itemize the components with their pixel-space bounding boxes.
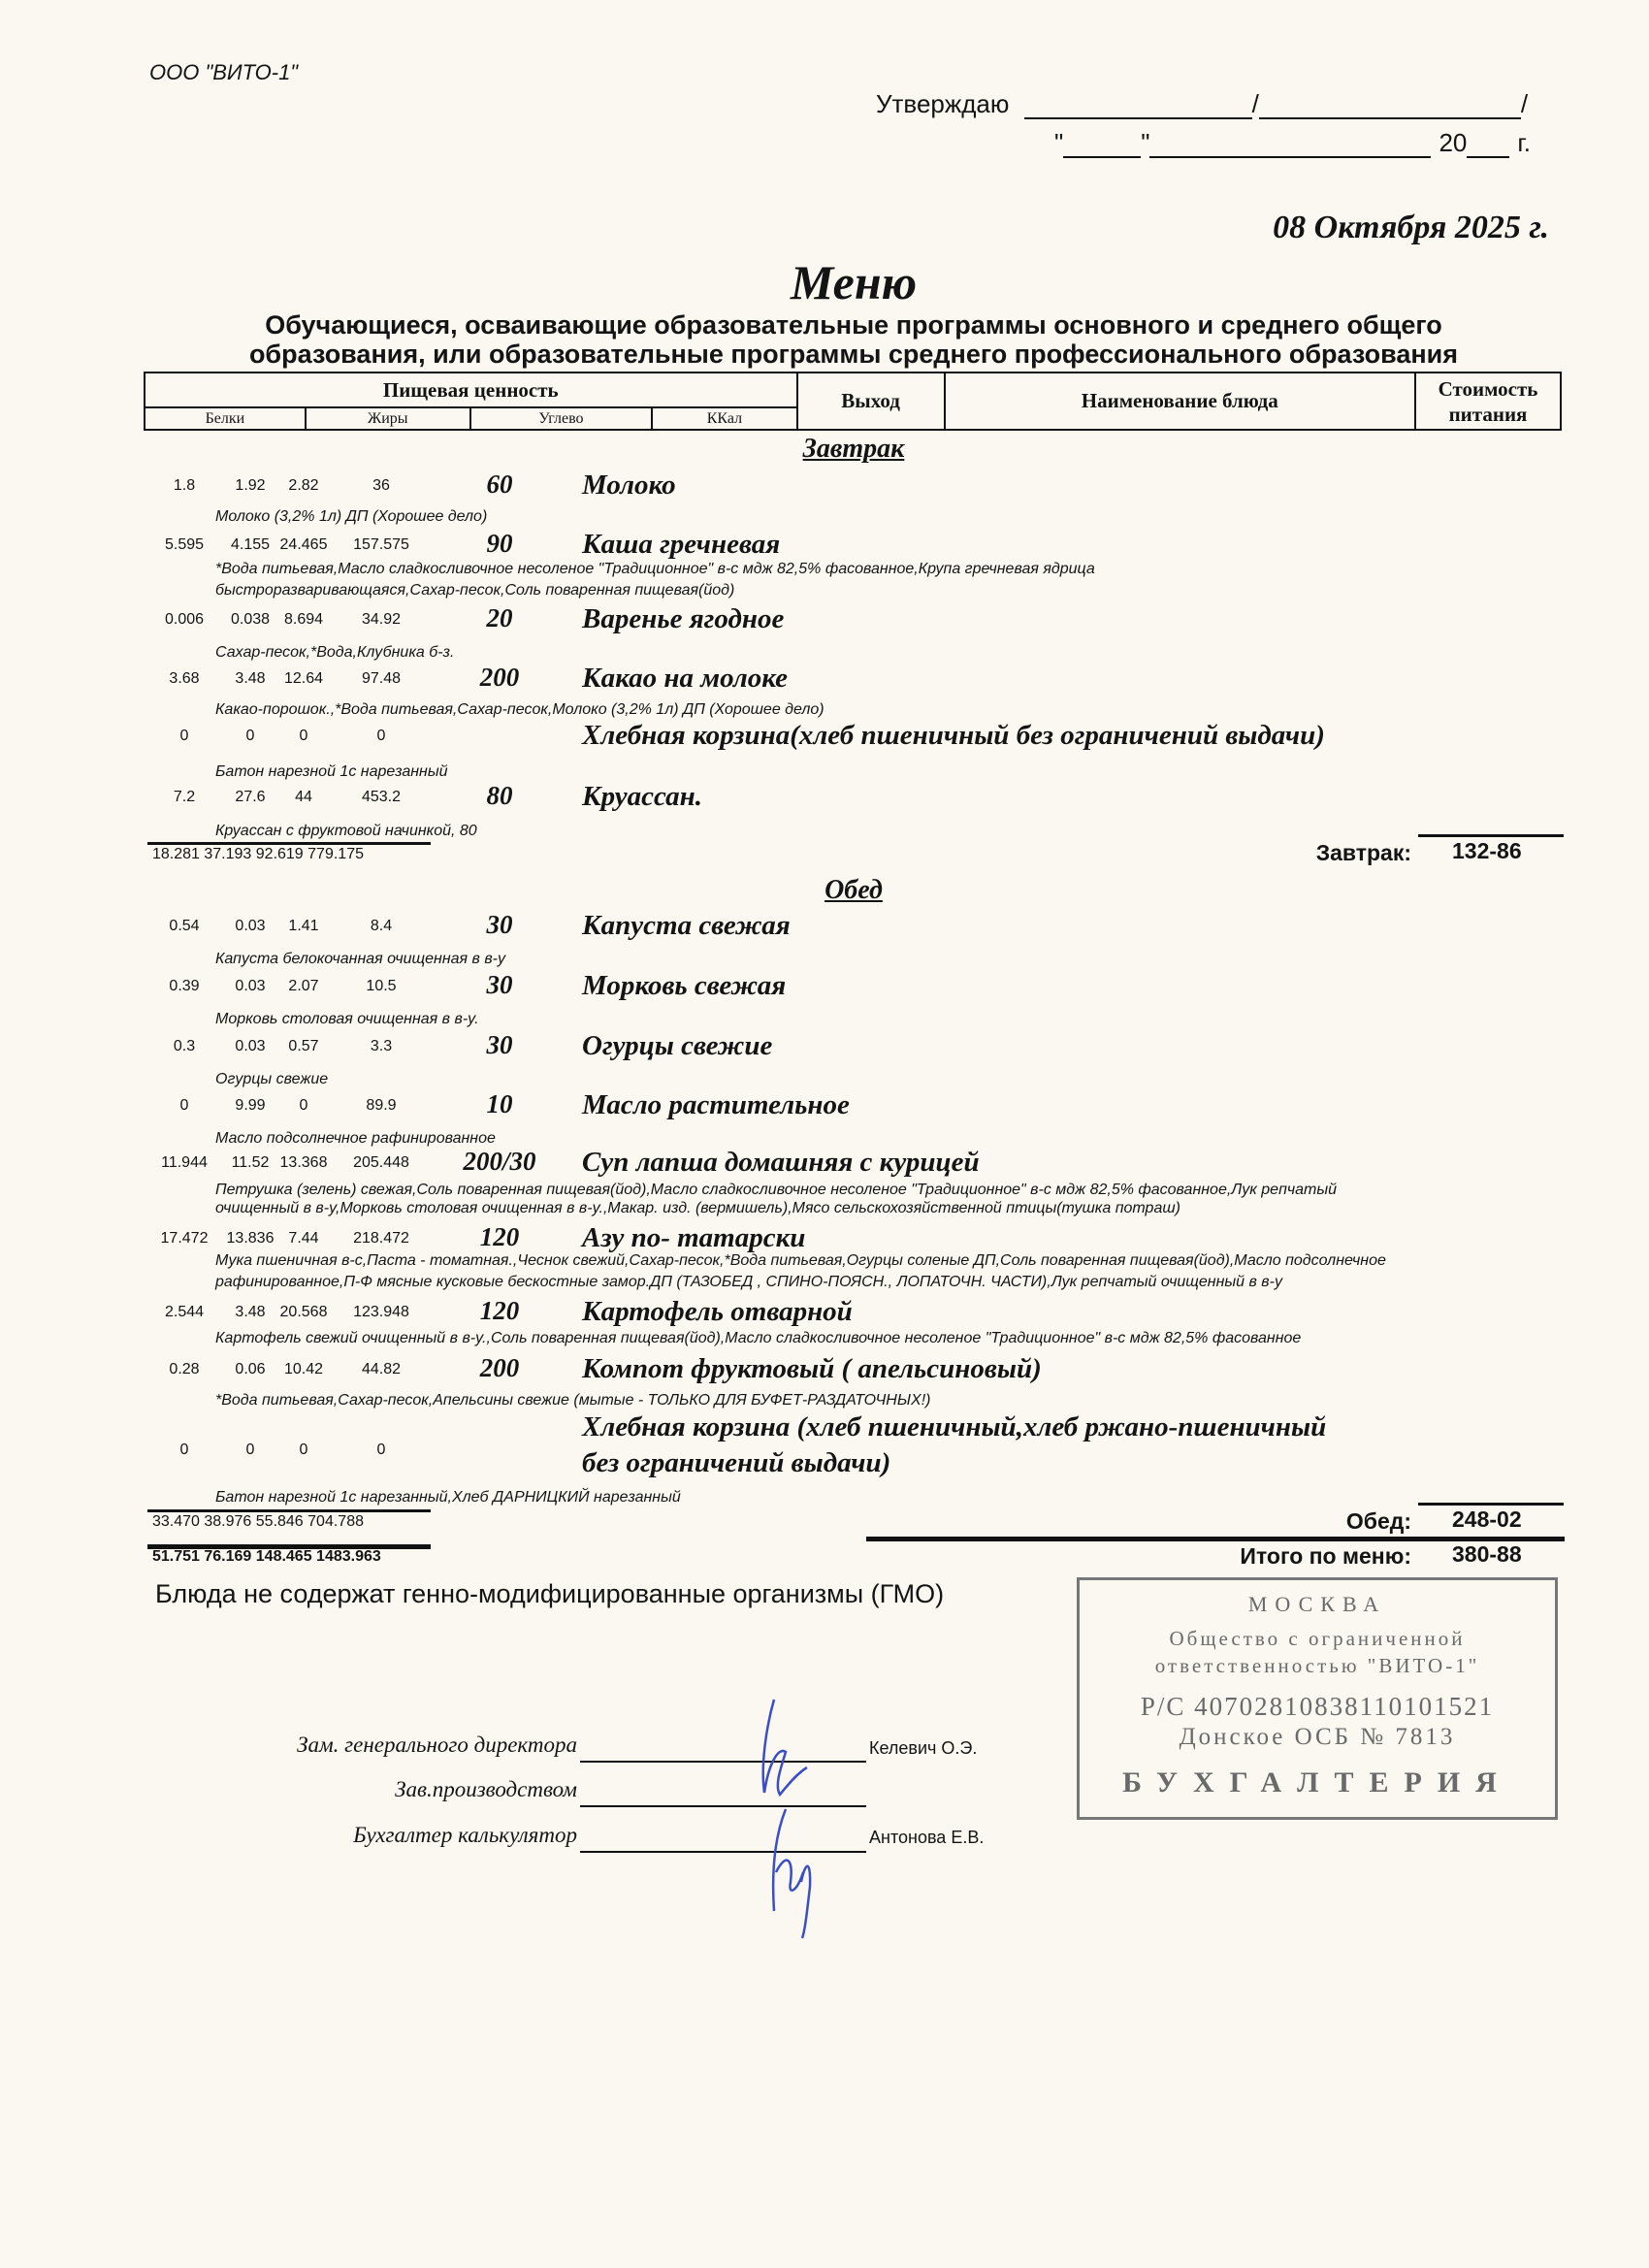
yield-value: 10	[446, 1089, 553, 1119]
ingredients: Капуста белокочанная очищенная в в-у	[215, 949, 505, 970]
grand-total-cost: 380-88	[1452, 1541, 1522, 1568]
kcal-value: 36	[342, 477, 420, 495]
breakfast-cost-label: Завтрак:	[1212, 840, 1411, 866]
cost-header: Стоимостьпитания	[1415, 373, 1561, 430]
year-prefix: 20	[1439, 128, 1467, 157]
lunch-totals: 33.470 38.976 55.846 704.788	[152, 1513, 364, 1531]
breakfast-cost-rule	[1418, 834, 1564, 837]
carbs-value: 7.44	[265, 1230, 342, 1247]
dish-name: Масло растительное	[582, 1089, 850, 1121]
stamp-department: БУХГАЛТЕРИЯ	[1080, 1766, 1555, 1799]
kcal-value: 123.948	[342, 1304, 420, 1321]
yield-value: 200	[446, 1353, 553, 1383]
subtitle-line-1: Обучающиеся, осваивающие образовательные…	[0, 310, 1649, 340]
signature-name-accountant: Антонова Е.В.	[869, 1828, 984, 1848]
dish-name: Морковь свежая	[582, 970, 786, 1002]
carbs-value: 8.694	[265, 611, 342, 629]
cost-header-line-1: Стоимость	[1439, 377, 1538, 401]
month-blank	[1149, 133, 1431, 158]
lunch-totals-rule	[147, 1509, 431, 1512]
ingredients: *Вода питьевая,Масло сладкосливочное нес…	[215, 559, 1095, 580]
breakfast-cost: 132-86	[1452, 838, 1522, 864]
quote-open: "	[1054, 128, 1063, 157]
carbs-value: 0.57	[265, 1038, 342, 1055]
stamp-city: МОСКВА	[1080, 1592, 1555, 1617]
gmo-note: Блюда не содержат генно-модифицированные…	[155, 1579, 944, 1609]
carbs-value: 0	[265, 1097, 342, 1115]
organization-name: ООО "ВИТО-1"	[149, 60, 298, 85]
approval-line: Утверждаю //	[876, 89, 1528, 119]
yield-value: 200	[446, 663, 553, 693]
ingredients: Батон нарезной 1с нарезанный,Хлеб ДАРНИЦ…	[215, 1487, 681, 1508]
breakfast-totals: 18.281 37.193 92.619 779.175	[152, 846, 364, 863]
dish-name: Молоко	[582, 470, 676, 502]
dish-name: Варенье ягодное	[582, 603, 784, 635]
stamp-account: Р/С 40702810838110101521	[1080, 1692, 1555, 1722]
dish-name: Картофель отварной	[582, 1296, 853, 1328]
menu-table-header: Пищевая ценность Выход Наименование блюд…	[144, 372, 1562, 431]
organization-stamp: МОСКВА Общество с ограниченной ответстве…	[1077, 1577, 1558, 1820]
dish-name: Хлебная корзина(хлеб пшеничный без огран…	[582, 720, 1325, 752]
dish-name-line-2: без ограничений выдачи)	[582, 1447, 890, 1479]
yield-value: 90	[446, 529, 553, 559]
ingredients: очищенный в в-у,Морковь столовая очищенн…	[215, 1198, 1180, 1219]
grand-totals: 51.751 76.169 148.465 1483.963	[152, 1548, 381, 1566]
yield-value: 60	[446, 470, 553, 500]
nutrition-header: Пищевая ценность	[145, 373, 797, 407]
yield-value: 80	[446, 781, 553, 811]
carbs-value: 2.82	[265, 477, 342, 495]
yield-value: 30	[446, 970, 553, 1000]
ingredients: Батон нарезной 1с нарезанный	[215, 761, 448, 783]
lunch-cost-label: Обед:	[1212, 1508, 1411, 1535]
subtitle-line-2: образования, или образовательные програм…	[0, 340, 1649, 370]
ingredients: Мука пшеничная в-с,Паста - томатная.,Чес…	[215, 1250, 1386, 1272]
ingredients: *Вода питьевая,Сахар-песок,Апельсины све…	[215, 1390, 930, 1411]
yield-value: 200/30	[446, 1147, 553, 1177]
section-title-breakfast: Завтрак	[0, 434, 1649, 465]
ingredients: Какао-порошок.,*Вода питьевая,Сахар-песо…	[215, 699, 824, 721]
approver-name-blank	[1259, 94, 1521, 119]
dish-name: Компот фруктовый ( апельсиновый)	[582, 1353, 1042, 1385]
signature-role-deputy-director: Зам. генерального директора	[170, 1733, 577, 1758]
year-blank	[1467, 133, 1509, 158]
ingredients: Картофель свежий очищенный в в-у.,Соль п…	[215, 1328, 1301, 1349]
handwritten-signature-icon	[718, 1688, 854, 1940]
kcal-value: 3.3	[342, 1038, 420, 1055]
carbs-value: 10.42	[265, 1361, 342, 1378]
yield-value: 30	[446, 910, 553, 940]
dish-name: Каша гречневая	[582, 529, 780, 561]
dish-name-header: Наименование блюда	[945, 373, 1415, 430]
kcal-header: ККал	[652, 407, 796, 430]
signature-name-deputy-director: Келевич О.Э.	[869, 1738, 977, 1759]
kcal-value: 8.4	[342, 918, 420, 935]
ingredients: Круассан с фруктовой начинкой, 80	[215, 821, 477, 842]
kcal-value: 0	[342, 728, 420, 745]
kcal-value: 453.2	[342, 789, 420, 806]
carbs-value: 0	[265, 1442, 342, 1459]
kcal-value: 0	[342, 1442, 420, 1459]
quote-close: "	[1141, 128, 1149, 157]
day-blank	[1063, 133, 1141, 158]
dish-name-line-1: Хлебная корзина (хлеб пшеничный,хлеб ржа…	[582, 1411, 1326, 1443]
kcal-value: 205.448	[342, 1154, 420, 1172]
kcal-value: 157.575	[342, 536, 420, 554]
grand-total-label: Итого по меню:	[1115, 1543, 1411, 1570]
carbs-value: 44	[265, 789, 342, 806]
carbs-value: 2.07	[265, 978, 342, 995]
yield-value: 20	[446, 603, 553, 633]
protein-header: Белки	[145, 407, 306, 430]
stamp-line-1: Общество с ограниченной	[1080, 1627, 1555, 1651]
stamp-line-2: ответственностью "ВИТО-1"	[1080, 1654, 1555, 1678]
carbs-value: 0	[265, 728, 342, 745]
carbs-header: Углево	[470, 407, 653, 430]
carbs-value: 12.64	[265, 670, 342, 688]
fat-header: Жиры	[306, 407, 470, 430]
yield-value: 120	[446, 1222, 553, 1252]
yield-value: 30	[446, 1030, 553, 1060]
yield-value: 120	[446, 1296, 553, 1326]
ingredients: Молоко (3,2% 1л) ДП (Хорошее дело)	[215, 506, 487, 528]
dish-name: Суп лапша домашняя с курицей	[582, 1147, 980, 1179]
cost-header-line-2: питания	[1449, 403, 1528, 426]
stamp-bank: Донское ОСБ № 7813	[1080, 1724, 1555, 1751]
ingredients: быстроразваривающаяся,Сахар-песок,Соль п…	[215, 580, 734, 601]
approval-date-line: ""20г.	[1054, 128, 1531, 158]
kcal-value: 218.472	[342, 1230, 420, 1247]
ingredients: Сахар-песок,*Вода,Клубника б-з.	[215, 642, 454, 664]
kcal-value: 10.5	[342, 978, 420, 995]
dish-name: Круассан.	[582, 781, 702, 813]
dish-name: Капуста свежая	[582, 910, 791, 942]
carbs-value: 1.41	[265, 918, 342, 935]
ingredients: Морковь столовая очищенная в в-у.	[215, 1009, 479, 1030]
kcal-value: 44.82	[342, 1361, 420, 1378]
kcal-value: 34.92	[342, 611, 420, 629]
yield-header: Выход	[797, 373, 945, 430]
breakfast-totals-rule	[147, 842, 431, 845]
lunch-cost: 248-02	[1452, 1507, 1522, 1533]
section-title-lunch: Обед	[0, 875, 1649, 906]
ingredients: рафинированное,П-Ф мясные кусковые беско…	[215, 1272, 1282, 1293]
approve-label: Утверждаю	[876, 89, 1009, 118]
dish-name: Огурцы свежие	[582, 1030, 772, 1062]
year-suffix: г.	[1517, 128, 1531, 157]
signature-role-production-head: Зав.производством	[170, 1777, 577, 1802]
carbs-value: 20.568	[265, 1304, 342, 1321]
approver-signature-blank	[1024, 94, 1252, 119]
page-title: Меню	[0, 254, 1649, 310]
ingredients: Огурцы свежие	[215, 1069, 328, 1090]
carbs-value: 13.368	[265, 1154, 342, 1172]
lunch-cost-rule	[1418, 1503, 1564, 1506]
dish-name: Какао на молоке	[582, 663, 788, 695]
document-date: 08 Октября 2025 г.	[1273, 210, 1549, 246]
signature-role-accountant: Бухгалтер калькулятор	[170, 1823, 577, 1848]
kcal-value: 89.9	[342, 1097, 420, 1115]
carbs-value: 24.465	[265, 536, 342, 554]
kcal-value: 97.48	[342, 670, 420, 688]
